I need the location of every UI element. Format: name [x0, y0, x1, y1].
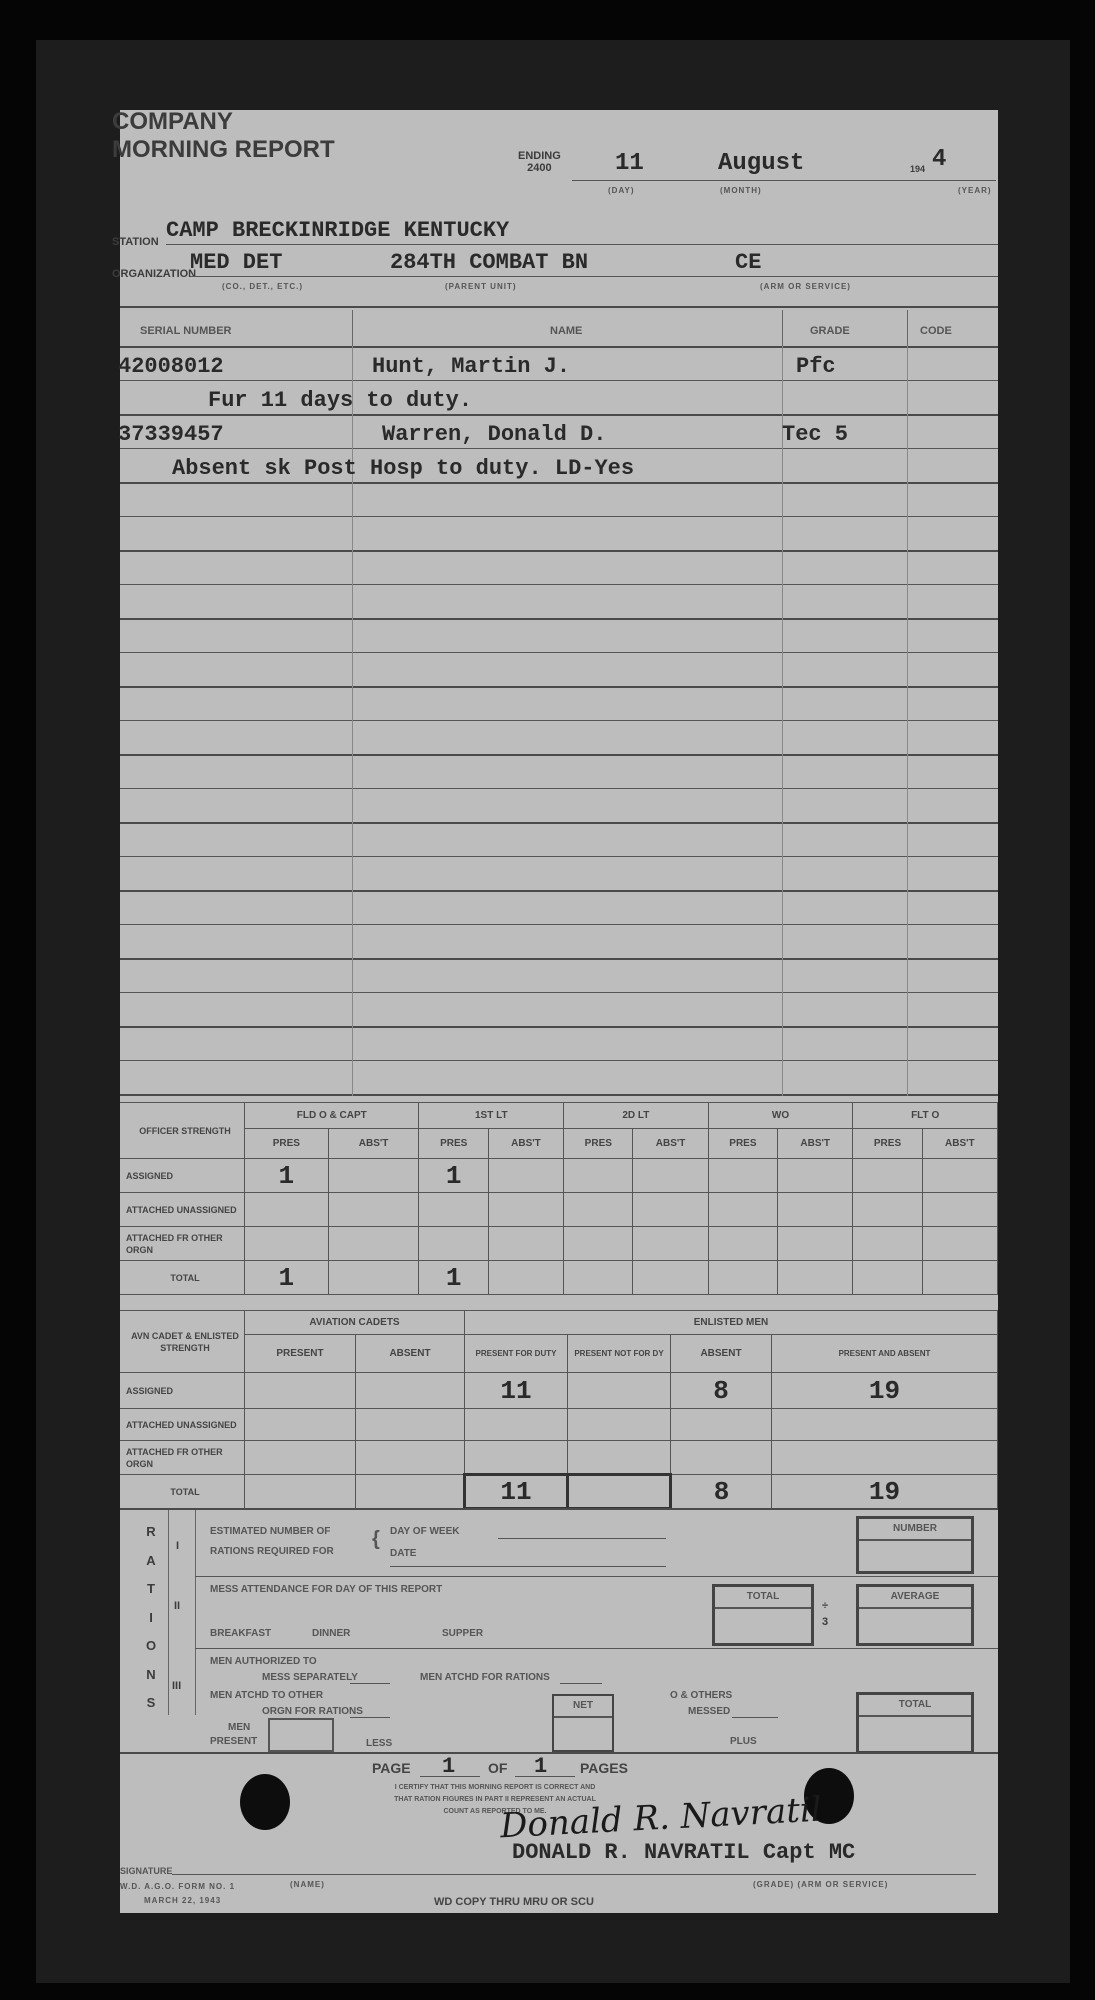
station-value: CAMP BRECKINRIDGE KENTUCKY [166, 218, 509, 243]
rations-side-label: RATIONS [144, 1518, 158, 1718]
mess-average-box: AVERAGE [856, 1584, 974, 1646]
table-row: ATTACHED UNASSIGNED [120, 1409, 998, 1441]
mess-total-box: TOTAL [712, 1584, 814, 1646]
rations-total-box: TOTAL [856, 1692, 974, 1754]
serial-number: 42008012 [118, 354, 224, 379]
table-row: ATTACHED FR OTHER ORGN [120, 1441, 998, 1475]
soldier-name: Hunt, Martin J. [372, 354, 570, 379]
page-total: 1 [534, 1754, 547, 1779]
table-row: TOTAL 11 8 19 [120, 1475, 998, 1509]
page-number: 1 [442, 1754, 455, 1779]
signer-name: DONALD R. NAVRATIL Capt MC [512, 1840, 855, 1865]
rations-number-box: NUMBER [856, 1516, 974, 1574]
report-year: 4 [932, 146, 946, 173]
soldier-name: Warren, Donald D. [382, 422, 606, 447]
table-row: ASSIGNED 11 8 19 [120, 1373, 998, 1409]
men-present-box [268, 1718, 334, 1752]
serial-number: 37339457 [118, 422, 224, 447]
table-row: ASSIGNED 1 1 [120, 1159, 998, 1193]
officer-strength-table: OFFICER STRENGTH FLD O & CAPT 1ST LT 2D … [120, 1102, 998, 1295]
net-box: NET [552, 1694, 614, 1752]
soldier-grade: Pfc [796, 354, 836, 379]
ending-label: ENDING 2400 [518, 150, 561, 174]
morning-report-form: COMPANY MORNING REPORT ENDING 2400 11 Au… [120, 110, 998, 1913]
soldier-grade: Tec 5 [782, 422, 848, 447]
table-row: ATTACHED FR OTHER ORGN [120, 1227, 998, 1261]
org-arm: CE [735, 250, 761, 275]
table-row: ATTACHED UNASSIGNED [120, 1193, 998, 1227]
report-day: 11 [615, 150, 644, 177]
report-month: August [718, 150, 804, 177]
enlisted-strength-table: AVN CADET & ENLISTED STRENGTH AVIATION C… [120, 1310, 998, 1510]
entry-remark: Absent sk Post Hosp to duty. LD-Yes [172, 456, 634, 481]
org-unit: MED DET [190, 250, 282, 275]
punch-hole [240, 1774, 290, 1830]
entry-remark: Fur 11 days to duty. [208, 388, 472, 413]
table-row: TOTAL 1 1 [120, 1261, 998, 1295]
org-parent-unit: 284TH COMBAT BN [390, 250, 588, 275]
